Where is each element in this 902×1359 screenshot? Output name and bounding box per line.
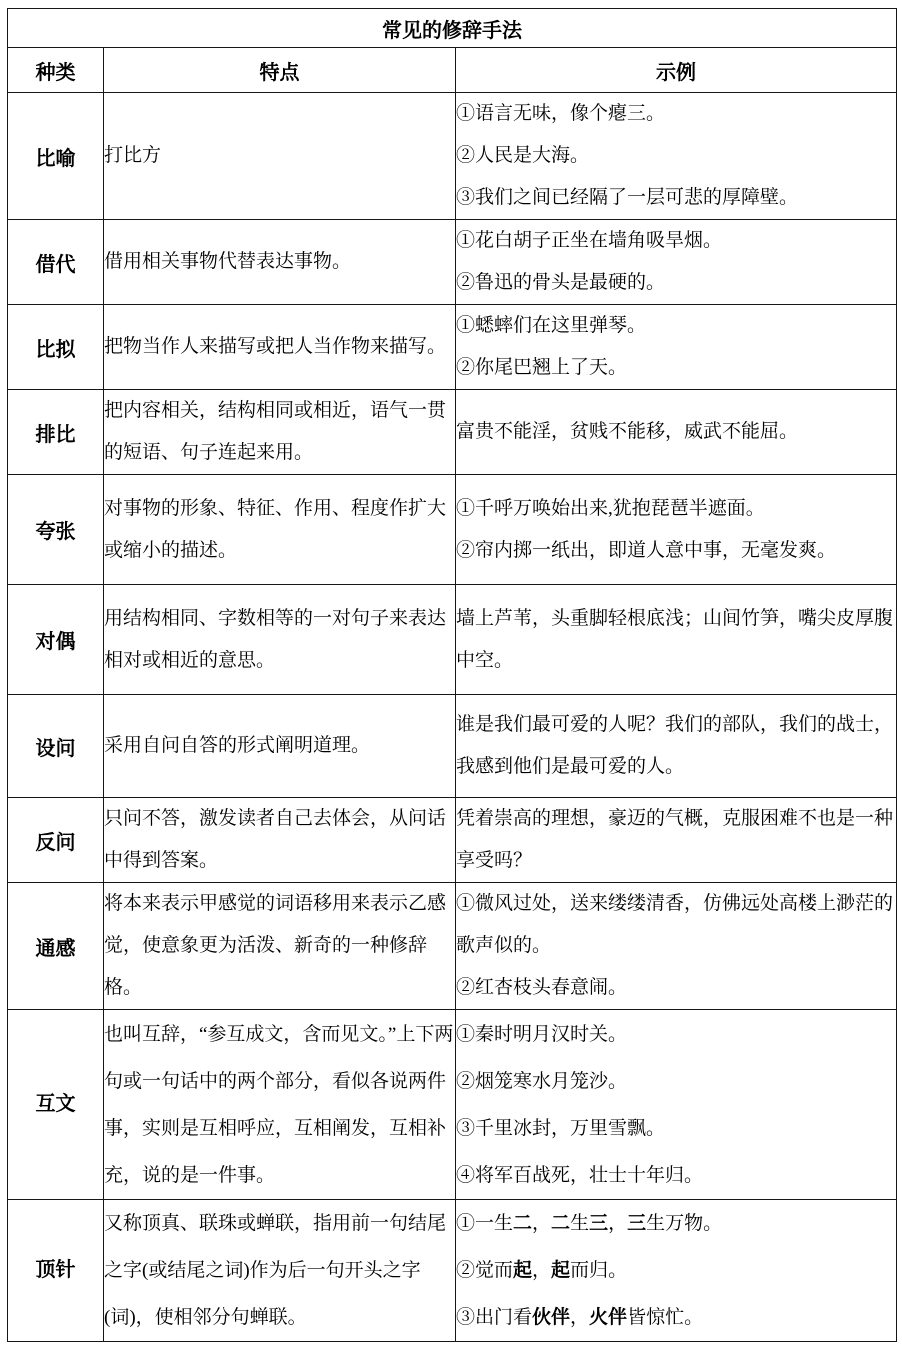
feature-cell: 打比方 <box>104 93 456 220</box>
feature-cell: 用结构相同、字数相等的一对句子来表达相对或相近的意思。 <box>104 585 456 695</box>
table-title: 常见的修辞手法 <box>8 9 897 48</box>
example-cell: 富贵不能淫，贫贱不能移，威武不能屈。 <box>456 390 897 475</box>
table-row: 反问只问不答，激发读者自己去体会，从问话中得到答案。凭着崇高的理想，豪迈的气概，… <box>8 798 897 883</box>
example-line: ②烟笼寒水月笼沙。 <box>456 1058 896 1105</box>
example-cell: ①秦时明月汉时关。②烟笼寒水月笼沙。③千里冰封，万里雪飘。④将军百战死，壮士十年… <box>456 1010 897 1200</box>
feature-cell: 对事物的形象、特征、作用、程度作扩大或缩小的描述。 <box>104 475 456 585</box>
example-line: ②帘内掷一纸出，即道人意中事，无毫发爽。 <box>456 530 896 572</box>
example-line: ①秦时明月汉时关。 <box>456 1011 896 1058</box>
example-line: ①语言无味，像个瘪三。 <box>456 93 896 135</box>
rhetoric-type-cell: 对偶 <box>8 585 104 695</box>
example-line: ①一生二，二生三，三生万物。 <box>456 1200 896 1247</box>
example-cell: ①蟋蟀们在这里弹琴。②你尾巴翘上了天。 <box>456 305 897 390</box>
table-title-row: 常见的修辞手法 <box>8 9 897 48</box>
table-row: 借代借用相关事物代替表达事物。①花白胡子正坐在墙角吸旱烟。②鲁迅的骨头是最硬的。 <box>8 220 897 305</box>
example-cell: 谁是我们最可爱的人呢？我们的部队，我们的战士，我感到他们是最可爱的人。 <box>456 695 897 798</box>
feature-cell: 也叫互辞，“参互成文，含而见文。”上下两句或一句话中的两个部分，看似各说两件事，… <box>104 1010 456 1200</box>
example-line: ②红杏枝头春意闹。 <box>456 967 896 1009</box>
example-line: ③我们之间已经隔了一层可悲的厚障壁。 <box>456 177 896 219</box>
rhetoric-type-cell: 互文 <box>8 1010 104 1200</box>
feature-cell: 又称顶真、联珠或蝉联，指用前一句结尾之字(或结尾之词)作为后一句开头之字(词)，… <box>104 1200 456 1342</box>
example-line: ①千呼万唤始出来,犹抱琵琶半遮面。 <box>456 488 896 530</box>
table-row: 通感将本来表示甲感觉的词语移用来表示乙感觉，使意象更为活泼、新奇的一种修辞格。①… <box>8 883 897 1010</box>
rhetoric-type-cell: 比喻 <box>8 93 104 220</box>
example-cell: ①微风过处，送来缕缕清香，仿佛远处高楼上渺茫的歌声似的。②红杏枝头春意闹。 <box>456 883 897 1010</box>
table-row: 比拟把物当作人来描写或把人当作物来描写。①蟋蟀们在这里弹琴。②你尾巴翘上了天。 <box>8 305 897 390</box>
example-line: ②鲁迅的骨头是最硬的。 <box>456 262 896 304</box>
example-line: 富贵不能淫，贫贱不能移，威武不能屈。 <box>456 411 896 453</box>
column-header-feature: 特点 <box>104 48 456 93</box>
column-header-example: 示例 <box>456 48 897 93</box>
feature-cell: 把内容相关，结构相同或相近，语气一贯的短语、句子连起来用。 <box>104 390 456 475</box>
example-line: ④将军百战死，壮士十年归。 <box>456 1152 896 1199</box>
table-header-row: 种类 特点 示例 <box>8 48 897 93</box>
example-line: 墙上芦苇，头重脚轻根底浅；山间竹笋，嘴尖皮厚腹中空。 <box>456 598 896 682</box>
table-row: 对偶用结构相同、字数相等的一对句子来表达相对或相近的意思。墙上芦苇，头重脚轻根底… <box>8 585 897 695</box>
table-row: 排比把内容相关，结构相同或相近，语气一贯的短语、句子连起来用。富贵不能淫，贫贱不… <box>8 390 897 475</box>
example-cell: 墙上芦苇，头重脚轻根底浅；山间竹笋，嘴尖皮厚腹中空。 <box>456 585 897 695</box>
rhetoric-type-cell: 通感 <box>8 883 104 1010</box>
example-line: ②人民是大海。 <box>456 135 896 177</box>
example-line: 凭着崇高的理想，豪迈的气概，克服困难不也是一种享受吗？ <box>456 798 896 882</box>
example-line: ②你尾巴翘上了天。 <box>456 347 896 389</box>
table-row: 设问采用自问自答的形式阐明道理。谁是我们最可爱的人呢？我们的部队，我们的战士，我… <box>8 695 897 798</box>
rhetoric-type-cell: 比拟 <box>8 305 104 390</box>
feature-cell: 把物当作人来描写或把人当作物来描写。 <box>104 305 456 390</box>
example-line: ①花白胡子正坐在墙角吸旱烟。 <box>456 220 896 262</box>
example-cell: ①语言无味，像个瘪三。②人民是大海。③我们之间已经隔了一层可悲的厚障壁。 <box>456 93 897 220</box>
feature-cell: 将本来表示甲感觉的词语移用来表示乙感觉，使意象更为活泼、新奇的一种修辞格。 <box>104 883 456 1010</box>
example-line: 谁是我们最可爱的人呢？我们的部队，我们的战士，我感到他们是最可爱的人。 <box>456 704 896 788</box>
example-line: ③出门看伙伴，火伴皆惊忙。 <box>456 1294 896 1341</box>
document-page: 常见的修辞手法 种类 特点 示例 比喻打比方①语言无味，像个瘪三。②人民是大海。… <box>0 0 902 1359</box>
example-cell: ①花白胡子正坐在墙角吸旱烟。②鲁迅的骨头是最硬的。 <box>456 220 897 305</box>
table-row: 顶针又称顶真、联珠或蝉联，指用前一句结尾之字(或结尾之词)作为后一句开头之字(词… <box>8 1200 897 1342</box>
rhetoric-type-cell: 排比 <box>8 390 104 475</box>
example-line: ①蟋蟀们在这里弹琴。 <box>456 305 896 347</box>
feature-cell: 只问不答，激发读者自己去体会，从问话中得到答案。 <box>104 798 456 883</box>
table-row: 比喻打比方①语言无味，像个瘪三。②人民是大海。③我们之间已经隔了一层可悲的厚障壁… <box>8 93 897 220</box>
example-cell: ①一生二，二生三，三生万物。②觉而起，起而归。③出门看伙伴，火伴皆惊忙。 <box>456 1200 897 1342</box>
rhetoric-type-cell: 顶针 <box>8 1200 104 1342</box>
example-line: ①微风过处，送来缕缕清香，仿佛远处高楼上渺茫的歌声似的。 <box>456 883 896 967</box>
table-row: 夸张对事物的形象、特征、作用、程度作扩大或缩小的描述。①千呼万唤始出来,犹抱琵琶… <box>8 475 897 585</box>
rhetoric-type-cell: 设问 <box>8 695 104 798</box>
rhetoric-type-cell: 夸张 <box>8 475 104 585</box>
rhetoric-devices-table: 常见的修辞手法 种类 特点 示例 比喻打比方①语言无味，像个瘪三。②人民是大海。… <box>7 8 897 1342</box>
table-body: 比喻打比方①语言无味，像个瘪三。②人民是大海。③我们之间已经隔了一层可悲的厚障壁… <box>8 93 897 1342</box>
rhetoric-type-cell: 借代 <box>8 220 104 305</box>
example-cell: ①千呼万唤始出来,犹抱琵琶半遮面。②帘内掷一纸出，即道人意中事，无毫发爽。 <box>456 475 897 585</box>
table-row: 互文也叫互辞，“参互成文，含而见文。”上下两句或一句话中的两个部分，看似各说两件… <box>8 1010 897 1200</box>
rhetoric-type-cell: 反问 <box>8 798 104 883</box>
feature-cell: 借用相关事物代替表达事物。 <box>104 220 456 305</box>
example-cell: 凭着崇高的理想，豪迈的气概，克服困难不也是一种享受吗？ <box>456 798 897 883</box>
column-header-type: 种类 <box>8 48 104 93</box>
feature-cell: 采用自问自答的形式阐明道理。 <box>104 695 456 798</box>
example-line: ③千里冰封，万里雪飘。 <box>456 1105 896 1152</box>
example-line: ②觉而起，起而归。 <box>456 1247 896 1294</box>
